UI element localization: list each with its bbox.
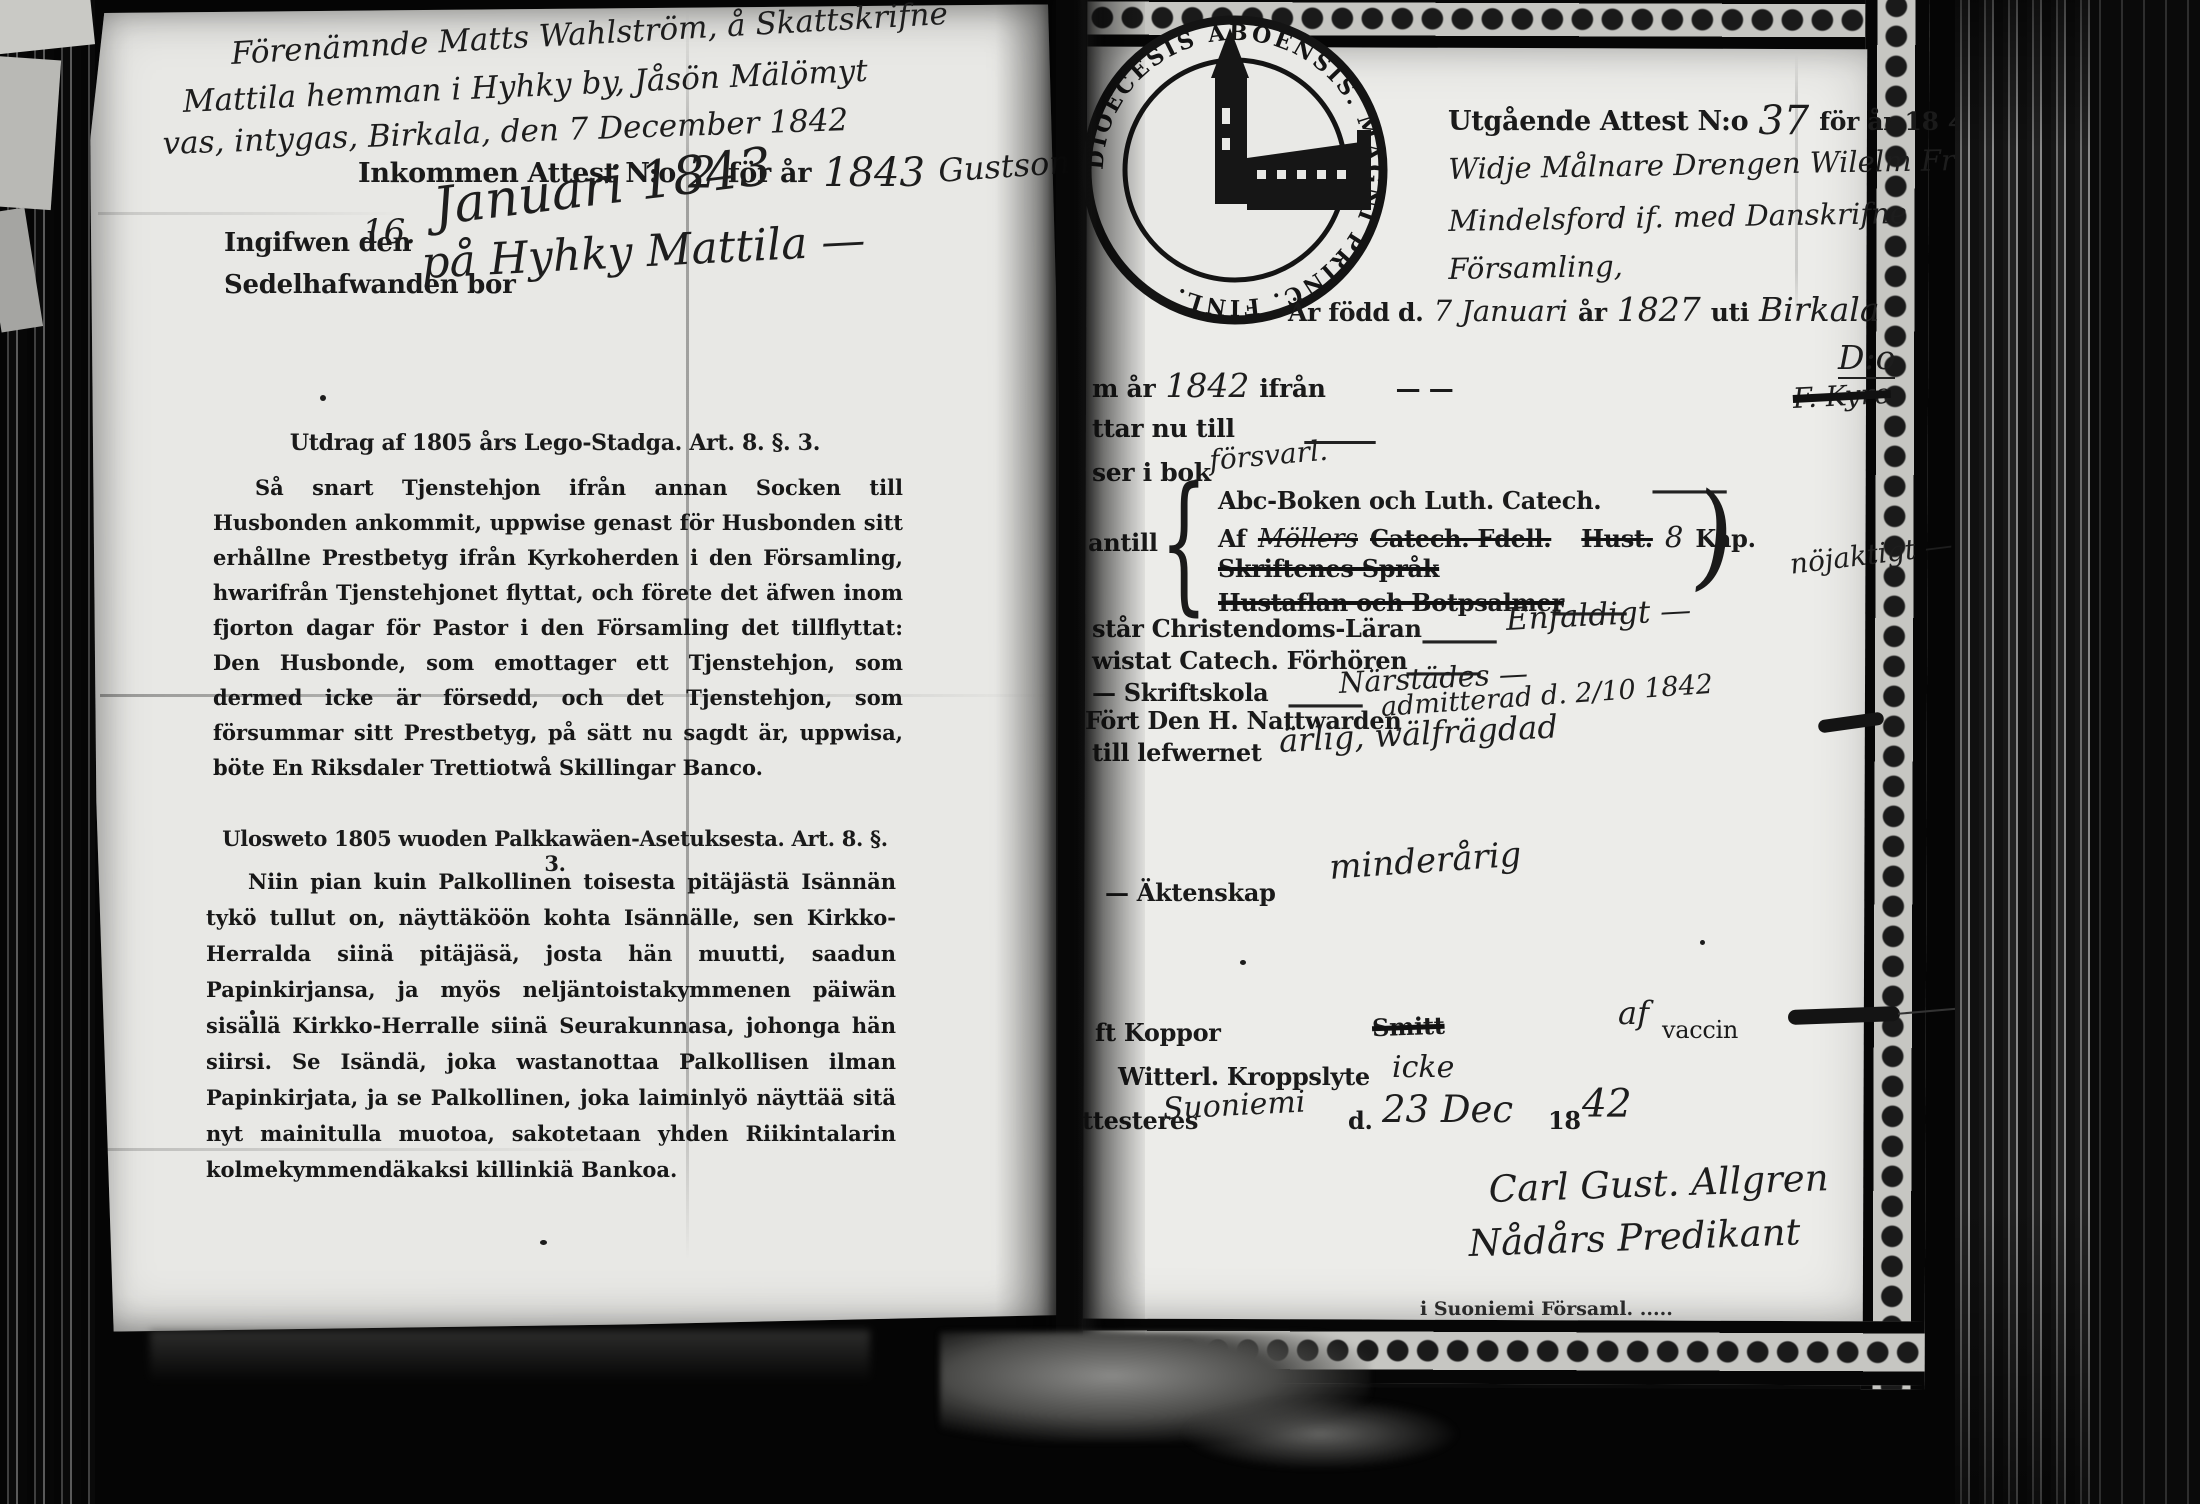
ingifwen-day: 16.: [362, 212, 416, 252]
inkommen-attest-year: 1843: [823, 150, 925, 196]
paper-speck: [250, 1010, 255, 1015]
innantill-af: Af: [1218, 524, 1246, 553]
attest-note-line3: Församling,: [1448, 249, 1623, 286]
forstar-dash: —: [1418, 626, 1501, 656]
kom-line: m år 1842 ifrån — —: [1092, 366, 1453, 405]
paper-speck: [1240, 960, 1246, 965]
bottom-page-edge-blur: [1180, 1398, 1460, 1470]
torn-page-corner: [0, 56, 61, 210]
born-year: 1827: [1617, 290, 1701, 329]
innantill-struck2: Hust.: [1581, 524, 1653, 553]
swedish-extract-heading: Utdrag af 1805 års Lego-Stadga. Art. 8. …: [215, 430, 895, 456]
attesteres-date: 23 Dec: [1382, 1088, 1513, 1131]
scratched-word: F. Kyro: [1792, 377, 1892, 415]
book-gutter-fold: [1056, 0, 1076, 1410]
book-scan: DIOECESIS ABOENSIS. MAGNI PRINC. FINL. F…: [0, 0, 2200, 1504]
right-page-footer: i Suoniemi Församl. .....: [1420, 1298, 1673, 1320]
flyttar-label: ttar nu till: [1092, 414, 1235, 443]
attesteres-d: d.: [1348, 1106, 1373, 1135]
inkommen-attest-suffix: Gustson: [937, 143, 1071, 190]
koppor-struck: Smitt: [1372, 1011, 1445, 1043]
innantill-row1: Abc-Boken och Luth. Catech.: [1218, 486, 1601, 515]
koppor-hw: af: [1618, 994, 1649, 1032]
diocese-seal: DIOECESIS ABOENSIS. MAGNI PRINC. FINL.: [1075, 12, 1395, 328]
born-uti: uti: [1711, 298, 1749, 327]
innantill-brace: {: [1160, 468, 1208, 618]
innantill-row2: Af Möllers Catech. Fdell. Hust. 8 Kap.: [1218, 520, 1756, 554]
attesteres-year-print: 18: [1548, 1106, 1581, 1135]
skriftskola-label: — Skriftskola: [1092, 678, 1268, 707]
ditto-mark: D:o: [1838, 338, 1895, 379]
bottom-page-edge-blur: [150, 1330, 870, 1382]
forstar-label: står Christendoms-Läran: [1092, 614, 1422, 643]
born-label: Är född d.: [1288, 298, 1424, 327]
scan-margin-right: [2090, 0, 2200, 1504]
born-place: Birkala: [1759, 290, 1879, 329]
born-day: 7 Januari: [1434, 294, 1568, 328]
swedish-extract-body: Så snart Tjenstehjon ifrån annan Socken …: [213, 470, 903, 785]
paper-speck: [540, 1240, 547, 1245]
innantill-struck1: Catech. Fdell.: [1370, 524, 1551, 553]
utgaende-attest-number: 37: [1758, 98, 1809, 144]
utgaende-attest-label: Utgående Attest N:o: [1448, 106, 1748, 137]
attesteres-place: Suoniemi: [1162, 1085, 1306, 1127]
kom-post: ifrån: [1259, 374, 1325, 403]
innantill-moller: Möllers: [1258, 524, 1358, 554]
kroppslyte-value: icke: [1392, 1050, 1454, 1085]
aktenskap-label: — Äktenskap: [1105, 878, 1276, 907]
born-ar: år: [1578, 298, 1607, 327]
attesteres-year-hw: 42: [1582, 1082, 1632, 1127]
innantill-chapter-number: 8: [1665, 520, 1683, 554]
koppor-vaccin: vaccin: [1662, 1016, 1738, 1044]
paper-speck: [320, 395, 326, 401]
finnish-extract-body: Niin pian kuin Palkollinen toisesta pitä…: [206, 864, 896, 1188]
utgaende-attest-mid: för år 18: [1819, 107, 1938, 136]
paper-speck: [1700, 940, 1705, 945]
innantill-label: antill: [1088, 528, 1158, 557]
kom-label: m år: [1092, 374, 1155, 403]
innantill-row3: Skriftenes Språk: [1218, 554, 1439, 583]
kroppslyte-label: Witterl. Kroppslyte: [1118, 1062, 1370, 1091]
koppor-label: ft Koppor: [1095, 1018, 1221, 1047]
lefwernet-label: till lefwernet: [1092, 738, 1262, 767]
kom-year: 1842: [1165, 366, 1249, 405]
born-line: Är född d. 7 Januari år 1827 uti Birkala: [1288, 290, 1880, 329]
utgaende-attest-line: Utgående Attest N:o 37 för år 18 42: [1448, 94, 2000, 140]
page-edges-right: [1955, 0, 2090, 1504]
kom-dash: — —: [1396, 374, 1454, 403]
